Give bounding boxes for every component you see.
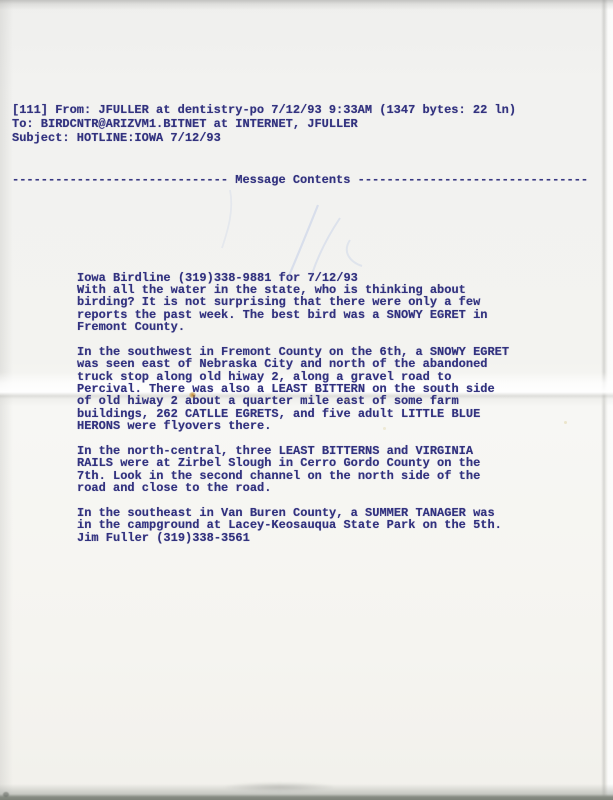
email-body: Iowa Birdline (319)338-9881 for 7/12/93W…	[77, 244, 588, 573]
body-line: Fremont County.	[77, 321, 588, 333]
body-line: RAILS were at Zirbel Slough in Cerro Gor…	[77, 457, 588, 469]
email-header-lines: [111] From: JFULLER at dentistry-po 7/12…	[12, 103, 588, 145]
email-header: [111] From: JFULLER at dentistry-po 7/12…	[12, 75, 588, 215]
header-line: [111] From: JFULLER at dentistry-po 7/12…	[12, 103, 588, 117]
message-contents-divider: ------------------------------ Message C…	[12, 173, 588, 187]
body-line: birding? It is not surprising that there…	[77, 296, 588, 308]
blank-line	[77, 333, 588, 345]
header-line: Subject: HOTLINE:IOWA 7/12/93	[12, 131, 588, 145]
body-line: Jim Fuller (319)338-3561	[77, 532, 588, 544]
email-text-block: [111] From: JFULLER at dentistry-po 7/12…	[12, 47, 588, 600]
email-body-paragraphs: Iowa Birdline (319)338-9881 for 7/12/93W…	[77, 272, 588, 545]
body-line: in the campground at Lacey-Keosauqua Sta…	[77, 519, 588, 531]
header-line: To: BIRDCNTR@ARIZVM1.BITNET at INTERNET,…	[12, 117, 588, 131]
body-line: road and close to the road.	[77, 482, 588, 494]
scanned-paper-page: [111] From: JFULLER at dentistry-po 7/12…	[0, 0, 613, 800]
body-line: HERONS were flyovers there.	[77, 420, 588, 432]
body-line: of old hiway 2 about a quarter mile east…	[77, 395, 588, 407]
bottom-corner-mark	[3, 792, 9, 797]
body-line: was seen east of Nebraska City and north…	[77, 358, 588, 370]
bottom-edge-smudge	[222, 782, 337, 792]
